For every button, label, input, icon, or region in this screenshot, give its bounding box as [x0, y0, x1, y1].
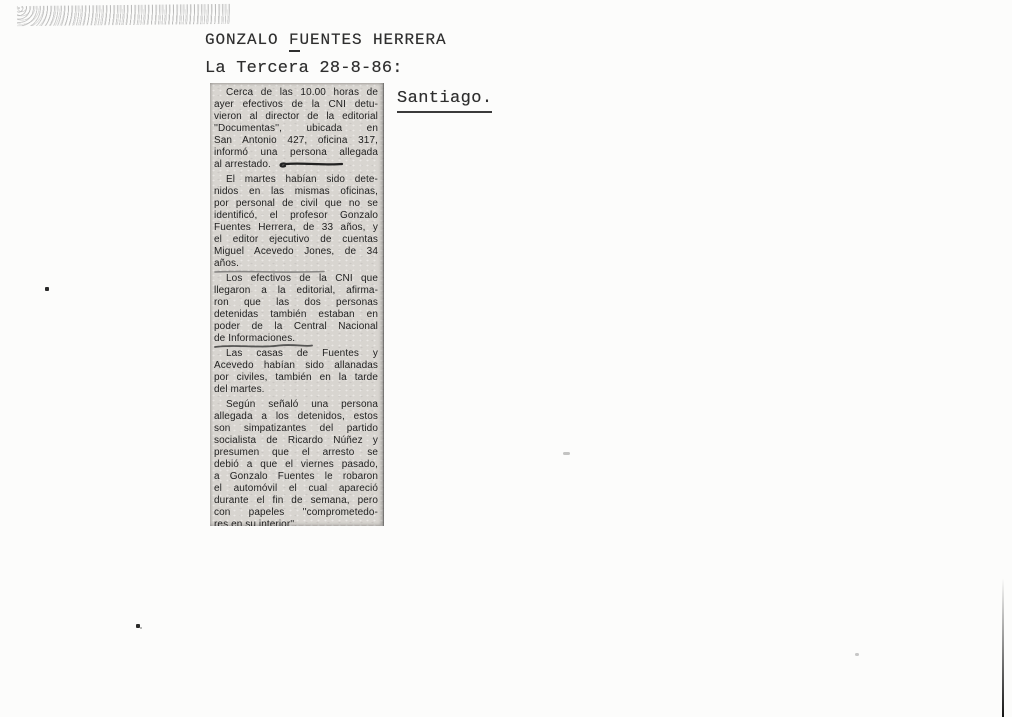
clipping-line: Fuentes Herrera, de 33 años, y: [214, 222, 378, 234]
subject-name-post: UENTES HERRERA: [300, 31, 447, 49]
clipping-line: a Gonzalo Fuentes le robaron: [214, 471, 378, 483]
clipping-line: del martes.: [214, 384, 378, 396]
clipping-line: Miguel Acevedo Jones, de 34: [214, 246, 378, 258]
scanned-document-page: GONZALO FUENTES HERRERA La Tercera 28-8-…: [0, 0, 1012, 717]
scan-edge-line-artifact: [1002, 578, 1004, 717]
ink-smear-artifact: [855, 653, 859, 656]
clipping-line: Cerca de las 10.00 horas de: [214, 87, 378, 99]
clipping-line: Acevedo habían sido allanadas: [214, 360, 378, 372]
clipping-line: el automóvil el cual apareció: [214, 483, 378, 495]
clipping-line: identificó, el profesor Gonzalo: [214, 210, 378, 222]
clipping-line: Según señaló una persona: [214, 399, 378, 411]
clipping-line: res en su interior''.: [214, 519, 378, 526]
ink-smear-artifact: [563, 452, 570, 455]
clipping-paragraph: El martes habían sido dete-nidos en las …: [214, 174, 378, 270]
scan-smudge-artifact: [17, 4, 230, 26]
clipping-line: detenidas también estaban en: [214, 309, 378, 321]
clipping-line: al arrestado.: [214, 159, 378, 171]
subject-name-heading: GONZALO FUENTES HERRERA: [205, 31, 447, 49]
clipping-line: El martes habían sido dete-: [214, 174, 378, 186]
clipping-line: socialista de Ricardo Núñez y: [214, 435, 378, 447]
clipping-line: durante el fin de semana, pero: [214, 495, 378, 507]
clipping-line: poder de la Central Nacional: [214, 321, 378, 333]
clipping-line: por personal de civil que no se: [214, 198, 378, 210]
pen-stroke-mark-icon: [276, 160, 346, 169]
clipping-paragraph: Cerca de las 10.00 horas deayer efectivo…: [214, 87, 378, 171]
clipping-line: Las casas de Fuentes y: [214, 348, 378, 360]
clipping-text: Cerca de las 10.00 horas deayer efectivo…: [214, 87, 378, 526]
clipping-paragraph: Según señaló una personaallegada a los d…: [214, 399, 378, 526]
clipping-line: San Antonio 427, oficina 317,: [214, 135, 378, 147]
ink-dot-artifact: [45, 287, 49, 291]
clipping-line: ayer efectivos de la CNI detu-: [214, 99, 378, 111]
clipping-paragraph: Los efectivos de la CNI quellegaron a la…: [214, 273, 378, 345]
clipping-line: presumen que el arresto se: [214, 447, 378, 459]
city-label-text: Santiago.: [397, 89, 492, 113]
clipping-line: ''Documentas'', ubicada en: [214, 123, 378, 135]
clipping-line: años.: [214, 258, 378, 270]
clipping-paragraph: Las casas de Fuentes yAcevedo habían sid…: [214, 348, 378, 396]
clipping-line: Los efectivos de la CNI que: [214, 273, 378, 285]
clipping-line: el editor ejecutivo de cuentas: [214, 234, 378, 246]
ink-dot-artifact: [136, 624, 140, 628]
clipping-line: nidos en las mismas oficinas,: [214, 186, 378, 198]
clipping-line: con papeles ''comprometedo-: [214, 507, 378, 519]
subject-name-underlined-letter: F: [289, 31, 300, 52]
clipping-line: ron que las dos personas: [214, 297, 378, 309]
clipping-line: allegada a los detenidos, estos: [214, 411, 378, 423]
clipping-line: informó una persona allegada: [214, 147, 378, 159]
clipping-line: por civiles, también en la tarde: [214, 372, 378, 384]
clipping-line: debió a que el viernes pasado,: [214, 459, 378, 471]
clipping-line: son simpatizantes del partido: [214, 423, 378, 435]
clipping-line: vieron al director de la editorial: [214, 111, 378, 123]
newspaper-clipping: Cerca de las 10.00 horas deayer efectivo…: [210, 83, 384, 526]
clipping-line: llegaron a la editorial, afirma-: [214, 285, 378, 297]
source-dateline-heading: La Tercera 28-8-86:: [205, 59, 403, 78]
subject-name-pre: GONZALO: [205, 31, 289, 49]
city-label: Santiago.: [397, 89, 492, 113]
clipping-line: de Informaciones.: [214, 333, 378, 345]
